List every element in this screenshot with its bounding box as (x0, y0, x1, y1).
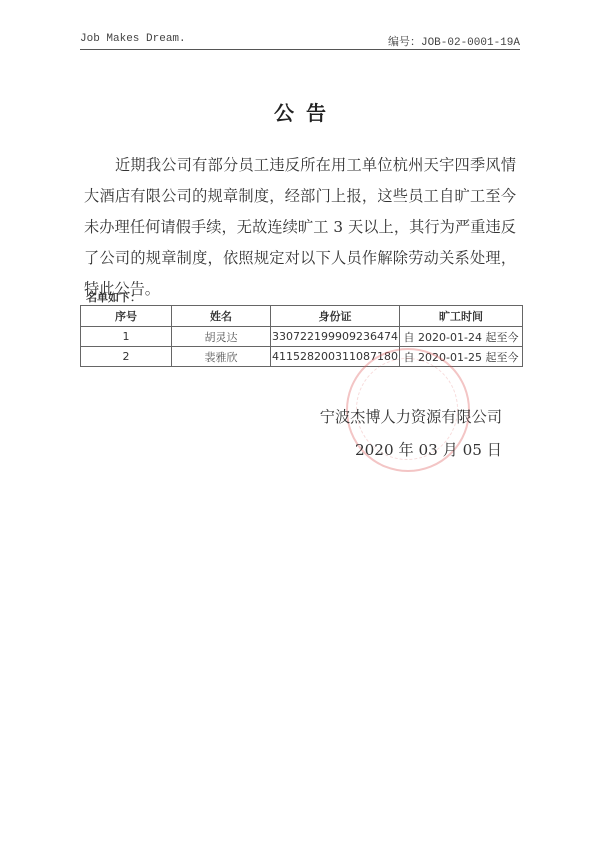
table-row: 1 胡灵达 330722199909236474 自 2020-01-24 起至… (81, 327, 523, 347)
col-header-name: 姓名 (172, 306, 271, 327)
cell-index: 1 (81, 327, 172, 347)
cell-absence: 自 2020-01-25 起至今 (400, 347, 523, 367)
signature-company: 宁波杰博人力资源有限公司 (320, 406, 502, 427)
cell-name: 胡灵达 (172, 327, 271, 347)
dismissal-table: 序号 姓名 身份证 旷工时间 1 胡灵达 330722199909236474 … (80, 305, 523, 367)
table-header-row: 序号 姓名 身份证 旷工时间 (81, 306, 523, 327)
cell-id: 411528200311087180 (271, 347, 400, 367)
col-header-id: 身份证 (271, 306, 400, 327)
header-doc-number: 编号：JOB-02-0001-19A (388, 33, 520, 49)
notice-title: 公告 (0, 97, 600, 126)
page-header: Job Makes Dream. 编号：JOB-02-0001-19A (80, 31, 520, 50)
notice-body: 近期我公司有部分员工违反所在用工单位杭州天宇四季风情大酒店有限公司的规章制度，经… (84, 150, 516, 305)
col-header-absence: 旷工时间 (400, 306, 523, 327)
notice-page: Job Makes Dream. 编号：JOB-02-0001-19A 公告 近… (0, 0, 600, 848)
cell-name: 裴雅欣 (172, 347, 271, 367)
header-slogan: Job Makes Dream. (80, 33, 186, 45)
cell-id: 330722199909236474 (271, 327, 400, 347)
col-header-index: 序号 (81, 306, 172, 327)
signature-date: 2020 年 03 月 05 日 (355, 439, 502, 460)
table-row: 2 裴雅欣 411528200311087180 自 2020-01-25 起至… (81, 347, 523, 367)
cell-index: 2 (81, 347, 172, 367)
cell-absence: 自 2020-01-24 起至今 (400, 327, 523, 347)
list-label: 名单如下： (86, 289, 141, 305)
